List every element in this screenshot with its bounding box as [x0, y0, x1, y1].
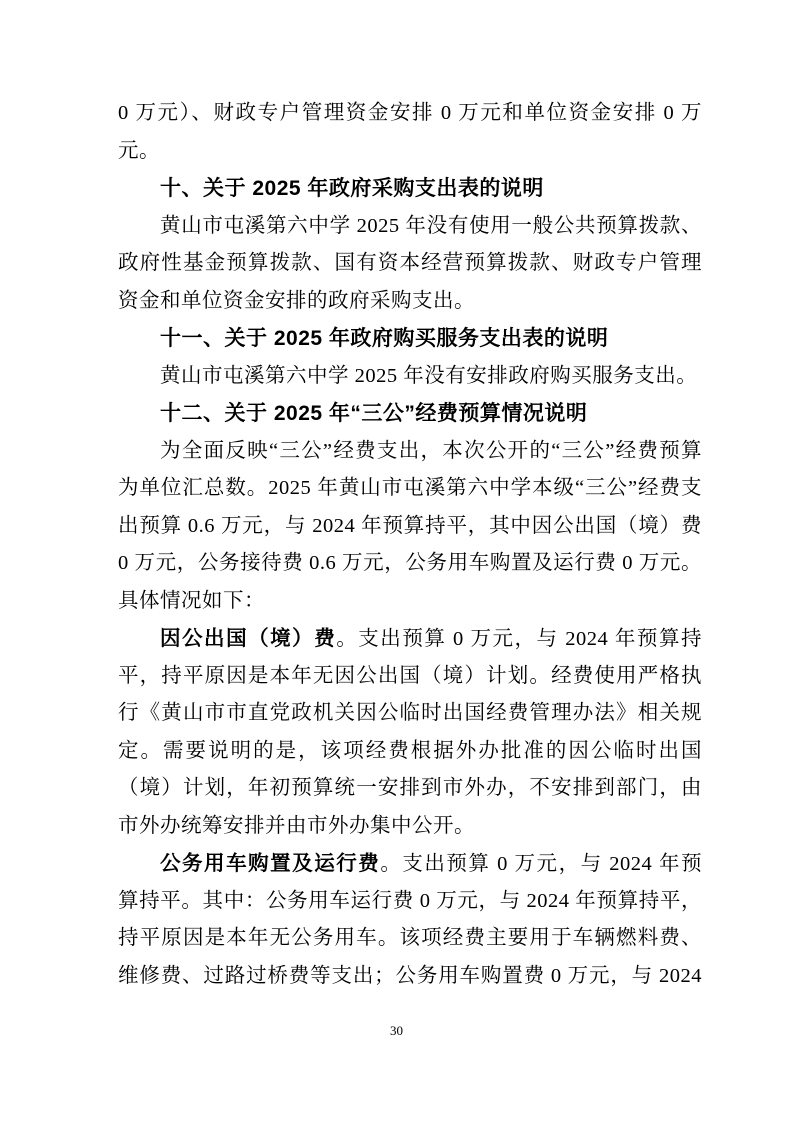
paragraph-line: 市外办统筹安排并由市外办集中公开。: [118, 808, 702, 846]
paragraph-line: 政府性基金预算拨款、国有资本经营预算拨款、财政专户管理: [118, 245, 702, 283]
paragraph-line: 因公出国（境）费。支出预算 0 万元，与 2024 年预算持: [118, 620, 702, 658]
section-heading: 十一、关于 2025 年政府购买服务支出表的说明: [118, 320, 702, 358]
paragraph-line: 公务用车购置及运行费。支出预算 0 万元，与 2024 年预: [118, 845, 702, 883]
section-heading: 十二、关于 2025 年“三公”经费预算情况说明: [118, 395, 702, 433]
paragraph-line: 算持平。其中：公务用车运行费 0 万元，与 2024 年预算持平，: [118, 883, 702, 921]
paragraph-line: 黄山市屯溪第六中学 2025 年没有使用一般公共预算拨款、: [118, 208, 702, 246]
paragraph-line: 为单位汇总数。2025 年黄山市屯溪第六中学本级“三公”经费支: [118, 470, 702, 508]
document-page: 0 万元）、财政专户管理资金安排 0 万元和单位资金安排 0 万 元。 十、关于…: [0, 0, 793, 1122]
document-body: 0 万元）、财政专户管理资金安排 0 万元和单位资金安排 0 万 元。 十、关于…: [118, 95, 702, 995]
paragraph-line: 黄山市屯溪第六中学 2025 年没有安排政府购买服务支出。: [118, 358, 702, 396]
paragraph-line: 定。需要说明的是，该项经费根据外办批准的因公临时出国: [118, 733, 702, 771]
paragraph-line: 平，持平原因是本年无因公出国（境）计划。经费使用严格执: [118, 658, 702, 696]
paragraph-line: 具体情况如下：: [118, 583, 702, 621]
paragraph-line: 维修费、过路过桥费等支出；公务用车购置费 0 万元，与 2024: [118, 958, 702, 996]
paragraph-line: 0 万元）、财政专户管理资金安排 0 万元和单位资金安排 0 万: [118, 95, 702, 133]
line-text: 。支出预算 0 万元，与 2024 年预: [380, 853, 702, 875]
paragraph-line: 资金和单位资金安排的政府采购支出。: [118, 283, 702, 321]
paragraph-line: 为全面反映“三公”经费支出，本次公开的“三公”经费预算: [118, 433, 702, 471]
section-heading: 十、关于 2025 年政府采购支出表的说明: [118, 170, 702, 208]
paragraph-line: 0 万元，公务接待费 0.6 万元，公务用车购置及运行费 0 万元。: [118, 545, 702, 583]
bold-run-in-label: 公务用车购置及运行费: [160, 852, 380, 875]
paragraph-line: 行《黄山市市直党政机关因公临时出国经费管理办法》相关规: [118, 695, 702, 733]
paragraph-line: 出预算 0.6 万元，与 2024 年预算持平，其中因公出国（境）费: [118, 508, 702, 546]
paragraph-line: 元。: [118, 133, 702, 171]
paragraph-line: 持平原因是本年无公务用车。该项经费主要用于车辆燃料费、: [118, 920, 702, 958]
bold-run-in-label: 因公出国（境）费: [160, 627, 336, 650]
line-text: 。支出预算 0 万元，与 2024 年预算持: [336, 628, 702, 650]
paragraph-line: （境）计划，年初预算统一安排到市外办，不安排到部门，由: [118, 770, 702, 808]
page-number: 30: [0, 1022, 793, 1040]
